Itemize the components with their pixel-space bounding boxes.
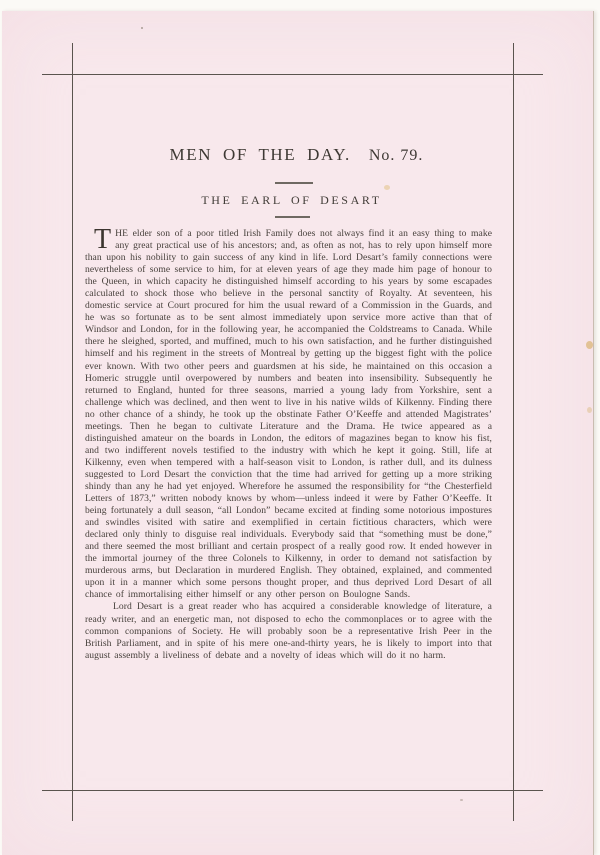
frame-line-left	[72, 43, 73, 821]
frame-line-right	[513, 43, 514, 821]
series-title: MEN OF THE DAY.	[170, 145, 351, 164]
masthead: MEN OF THE DAY.No. 79.	[85, 144, 492, 167]
divider-rule-bottom	[275, 216, 310, 218]
article-title: THE EARL OF DESART	[85, 193, 492, 208]
foxing-spot	[587, 407, 592, 413]
article-paragraph-1: THE elder son of a poor titled Irish Fam…	[85, 228, 492, 601]
divider-rule-top	[275, 182, 313, 184]
content-column: MEN OF THE DAY.No. 79. THE EARL OF DESAR…	[85, 11, 492, 855]
page-sheet: MEN OF THE DAY.No. 79. THE EARL OF DESAR…	[2, 11, 594, 855]
series-number: No. 79.	[369, 147, 424, 164]
foxing-spot	[586, 341, 593, 349]
scan-backdrop: { "colors": { "paper": "#f8e8ec", "backd…	[0, 0, 600, 855]
article-body: THE elder son of a poor titled Irish Fam…	[85, 228, 492, 662]
article-paragraph-2: Lord Desart is a great reader who has ac…	[85, 601, 492, 661]
